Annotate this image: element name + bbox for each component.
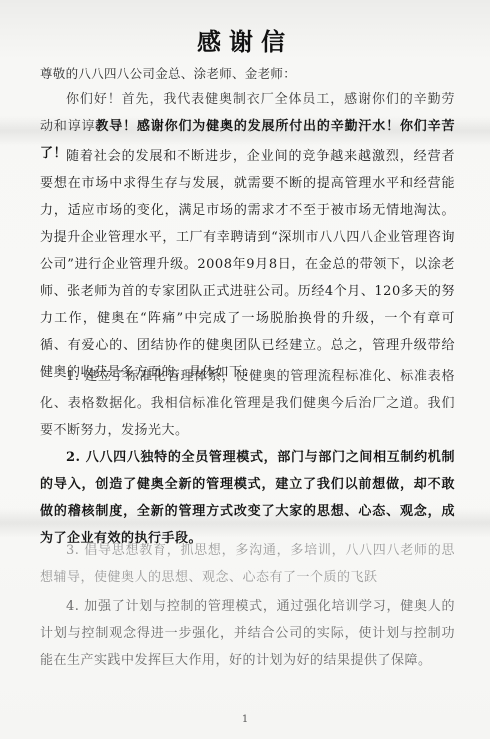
- salutation: 尊敬的八八四八公司金总、涂老师、金老师：: [40, 64, 296, 82]
- paragraph-point-3: 3. 倡导思想教育，抓思想，多沟通，多培训，八八四八老师的思想辅导，使健奥人的思…: [40, 537, 455, 591]
- paragraph-background: 随着社会的发展和不断进步，企业间的竞争越来越激烈，经营者要想在市场中求得生存与发…: [40, 143, 455, 386]
- letter-title: 感谢信: [0, 22, 490, 57]
- paragraph-point-2: 2. 八八四八独特的全员管理模式，部门与部门之间相互制约机制的导入，创造了健奥全…: [40, 444, 455, 552]
- scanned-letter-page: 感谢信 尊敬的八八四八公司金总、涂老师、金老师： 你们好！首先，我代表健奥制衣厂…: [0, 0, 490, 739]
- page-number: 1: [0, 714, 490, 725]
- paragraph-point-1: 1. 建立了标准化管理体系，使健奥的管理流程标准化、标准表格化、表格数据化。我相…: [40, 363, 455, 444]
- paragraph-point-4: 4. 加强了计划与控制的管理模式，通过强化培训学习，健奥人的计划与控制观念得进一…: [40, 593, 455, 674]
